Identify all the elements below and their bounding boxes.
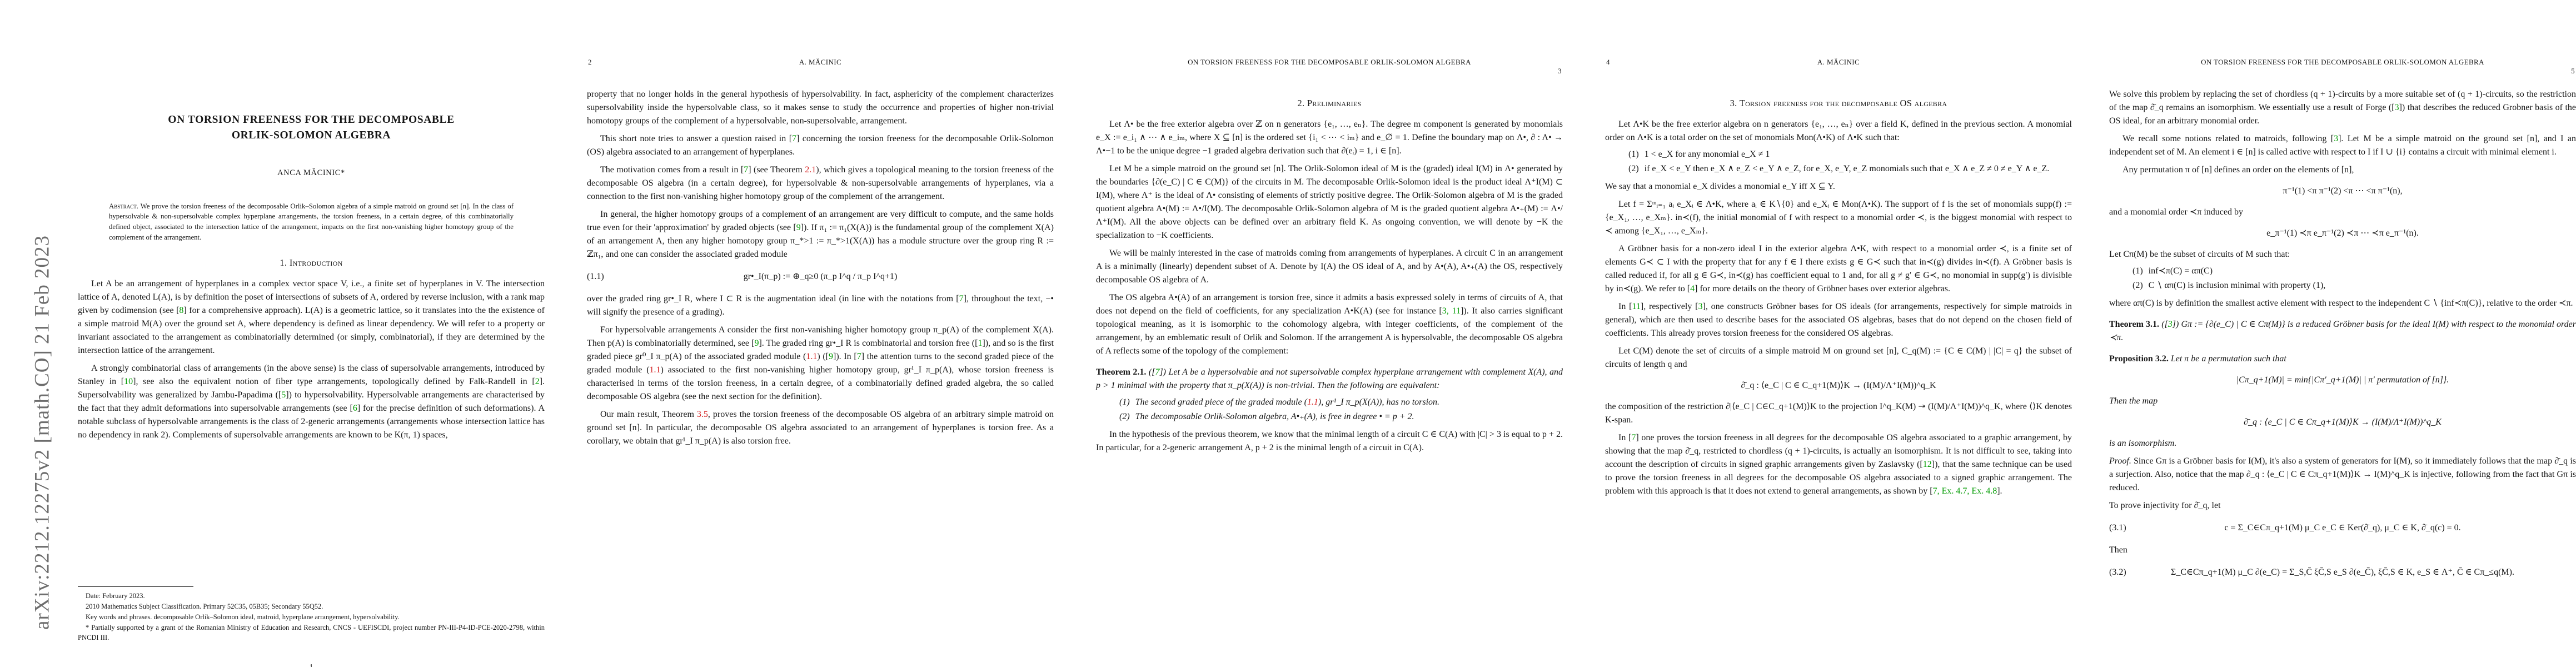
list-item-text: 1 < e_X for any monomial e_X ≠ 1 (1645, 148, 2072, 161)
paragraph: A Gröbner basis for a non-zero ideal I i… (1605, 242, 2072, 296)
paragraph: Let Cπ(M) be the subset of circuits of M… (2109, 248, 2576, 261)
equation-label: (3.1) (2109, 521, 2126, 535)
list: (1)inf≺π(C) = απ(C)(2)C ∖ απ(C) is inclu… (2109, 265, 2576, 292)
equation-label: (3.2) (2109, 566, 2126, 579)
running-head: 4 A. MĂCINIC (1605, 58, 2072, 69)
list-item-text: The decomposable Orlik-Solomon algebra, … (1135, 410, 1563, 424)
abstract-text: We prove the torsion freeness of the dec… (109, 202, 514, 242)
section-heading: 1. Introduction (78, 257, 545, 268)
equation-body: Σ_C∈Cπ_q+1(M) μ_C ∂(e_C) = Σ_S,C̄ ξC̄,S … (2109, 566, 2576, 579)
running-head (78, 58, 545, 69)
list-item: (2)The decomposable Orlik-Solomon algebr… (1096, 410, 1563, 424)
numbered-equation: (1.1)gr•_I(π_p) := ⊕_q≥0 (π_p I^q / π_p … (587, 270, 1054, 283)
arxiv-stamp: arXiv:2212.12275v2 [math.CO] 21 Feb 2023 (31, 235, 54, 630)
paragraph: In [11], respectively [3], one construct… (1605, 300, 2072, 340)
theorem: Theorem 3.1. ([3]) Gπ := {∂(e_C) | C ∈ C… (2109, 318, 2576, 345)
paragraph: and a monomial order ≺π induced by (2109, 206, 2576, 219)
paragraph: the composition of the restriction ∂|⟨e_… (1605, 400, 2072, 427)
page-5-body: We solve this problem by replacing the s… (2109, 83, 2576, 588)
page-number-right: 5 (2571, 67, 2575, 76)
footnote-line: * Partially supported by a grant of the … (78, 623, 545, 643)
proof-label: Proof. (2109, 456, 2131, 466)
theorem-body: ([3]) Gπ := {∂(e_C) | C ∈ Cπ(M)} is a re… (2109, 320, 2576, 342)
numbered-equation: (3.1)c = Σ_C∈Cπ_q+1(M) μ_C e_C ∈ Ker(∂̄_… (2109, 521, 2576, 535)
footnotes: Date: February 2023.2010 Mathematics Sub… (78, 586, 545, 643)
paragraph: Our main result, Theorem 3.5, proves the… (587, 408, 1054, 448)
page-3: ON TORSION FREENESS FOR THE DECOMPOSABLE… (1096, 0, 1563, 667)
paragraph: This short note tries to answer a questi… (587, 132, 1054, 159)
list-item-text: The second graded piece of the graded mo… (1135, 396, 1563, 409)
paragraph: Then (2109, 544, 2576, 557)
list: (1)1 < e_X for any monomial e_X ≠ 1(2)if… (1605, 148, 2072, 176)
footnote-line: Key words and phrases. decomposable Orli… (78, 612, 545, 622)
paragraph: The motivation comes from a result in [7… (587, 163, 1054, 203)
display-equation: |Cπ_q+1(M)| = min{|Cπ′_q+1(M)| | π′ perm… (2109, 374, 2576, 387)
paragraph: Let Λ• be the free exterior algebra over… (1096, 118, 1563, 158)
paragraph: In general, the higher homotopy groups o… (587, 208, 1054, 261)
paragraph: is an isomorphism. (2109, 437, 2576, 450)
list: (1)The second graded piece of the graded… (1096, 396, 1563, 424)
display-equation: e_π⁻¹(1) ≺π e_π⁻¹(2) ≺π ⋯ ≺π e_π⁻¹(n). (2109, 227, 2576, 240)
page-2-body: property that no longer holds in the gen… (587, 83, 1054, 448)
list-item-text: C ∖ απ(C) is inclusion minimal with prop… (2149, 279, 2576, 292)
list-item-text: inf≺π(C) = απ(C) (2149, 265, 2576, 278)
theorem-body: Let π be a permutation such that (2171, 354, 2286, 364)
paragraph: over the graded ring gr•_I R, where I ⊂ … (587, 292, 1054, 319)
paragraph: Let M be a simple matroid on the ground … (1096, 162, 1563, 242)
section-heading: 3. Torsion freeness for the decomposable… (1605, 98, 2072, 109)
proof: Proof. Since Gπ is a Gröbner basis for I… (2109, 455, 2576, 495)
paragraph: A strongly combinatorial class of arrang… (78, 362, 545, 442)
display-equation: ∂̄_q : ⟨e_C | C ∈ Cπ_q+1(M)⟩K → (I(M)/Λ⁺… (2109, 416, 2576, 429)
running-head: ON TORSION FREENESS FOR THE DECOMPOSABLE… (1096, 58, 1563, 69)
footnote-line: Date: February 2023. (78, 591, 545, 601)
list-item-text: if e_X < e_Y then e_X ∧ e_Z < e_Y ∧ e_Z,… (1645, 162, 2072, 176)
section-heading: 2. Preliminaries (1096, 98, 1563, 109)
running-head: 2 A. MĂCINIC (587, 58, 1054, 69)
theorem-body: ([7]) Let A be a hypersolvable and not s… (1096, 367, 1563, 390)
paragraph: We say that a monomial e_X divides a mon… (1605, 180, 2072, 193)
page-1-body: ON TORSION FREENESS FOR THE DECOMPOSABLE… (78, 83, 545, 442)
paragraph: For hypersolvable arrangements A conside… (587, 323, 1054, 404)
page-5: ON TORSION FREENESS FOR THE DECOMPOSABLE… (2109, 0, 2576, 667)
paragraph: Then the map (2109, 395, 2576, 408)
proof-text: Since Gπ is a Gröbner basis for I(M), it… (2109, 456, 2576, 492)
paragraph: Any permutation π of [n] defines an orde… (2109, 163, 2576, 177)
running-head-title: A. MĂCINIC (1605, 58, 2072, 67)
theorem: Proposition 3.2. Let π be a permutation … (2109, 352, 2576, 366)
list-item-number: (2) (2132, 279, 2149, 292)
page-number: 1 (78, 663, 545, 667)
paragraph: We solve this problem by replacing the s… (2109, 88, 2576, 128)
theorem-label: Proposition 3.2. (2109, 354, 2169, 364)
equation-body: gr•_I(π_p) := ⊕_q≥0 (π_p I^q / π_p I^q+1… (587, 270, 1054, 283)
running-head-title: A. MĂCINIC (587, 58, 1054, 67)
running-head-title: ON TORSION FREENESS FOR THE DECOMPOSABLE… (1096, 58, 1563, 67)
paragraph: Let f = Σᵐᵢ₌₁ aᵢ e_Xᵢ ∈ Λ•K, where aᵢ ∈ … (1605, 198, 2072, 238)
abstract-label: Abstract. (109, 202, 138, 210)
list-item-number: (2) (1628, 162, 1645, 176)
paragraph: We recall some notions related to matroi… (2109, 132, 2576, 159)
author-line: ANCA MĂCINIC* (78, 168, 545, 178)
list-item: (1)1 < e_X for any monomial e_X ≠ 1 (1605, 148, 2072, 161)
paragraph: We will be mainly interested in the case… (1096, 247, 1563, 287)
page-1: ON TORSION FREENESS FOR THE DECOMPOSABLE… (78, 0, 545, 667)
paragraph: The OS algebra A•(A) of an arrangement i… (1096, 291, 1563, 358)
page-number-left: 4 (1606, 58, 1610, 67)
abstract: Abstract. We prove the torsion freeness … (109, 201, 514, 243)
list-item: (1)inf≺π(C) = απ(C) (2109, 265, 2576, 278)
numbered-equation: (3.2)Σ_C∈Cπ_q+1(M) μ_C ∂(e_C) = Σ_S,C̄ ξ… (2109, 566, 2576, 579)
page-number-left: 2 (588, 58, 592, 67)
footnote-rule (78, 586, 193, 587)
paragraph: Let Λ•K be the free exterior algebra on … (1605, 118, 2072, 145)
display-equation: π⁻¹(1) <π π⁻¹(2) <π ⋯ <π π⁻¹(n), (2109, 185, 2576, 198)
page-3-body: 2. PreliminariesLet Λ• be the free exter… (1096, 83, 1563, 455)
paragraph: To prove injectivity for ∂̄_q, let (2109, 499, 2576, 512)
running-head: ON TORSION FREENESS FOR THE DECOMPOSABLE… (2109, 58, 2576, 69)
page-4-body: 3. Torsion freeness for the decomposable… (1605, 83, 2072, 498)
list-item: (1)The second graded piece of the graded… (1096, 396, 1563, 409)
paragraph: In [7] one proves the torsion freeness i… (1605, 431, 2072, 498)
equation-body: c = Σ_C∈Cπ_q+1(M) μ_C e_C ∈ Ker(∂̄_q), μ… (2109, 521, 2576, 535)
list-item-number: (1) (1628, 148, 1645, 161)
list-item-number: (1) (1119, 396, 1135, 409)
paper-canvas: arXiv:2212.12275v2 [math.CO] 21 Feb 2023… (0, 0, 2576, 667)
theorem-label: Theorem 2.1. (1096, 367, 1146, 377)
page-2: 2 A. MĂCINIC property that no longer hol… (587, 0, 1054, 667)
list-item: (2)C ∖ απ(C) is inclusion minimal with p… (2109, 279, 2576, 292)
running-head-title: ON TORSION FREENESS FOR THE DECOMPOSABLE… (2109, 58, 2576, 67)
list-item: (2)if e_X < e_Y then e_X ∧ e_Z < e_Y ∧ e… (1605, 162, 2072, 176)
paragraph: Let C(M) denote the set of circuits of a… (1605, 345, 2072, 371)
footnote-line: 2010 Mathematics Subject Classification.… (78, 601, 545, 611)
paragraph: where απ(C) is by definition the smalles… (2109, 297, 2576, 310)
paragraph: property that no longer holds in the gen… (587, 88, 1054, 128)
list-item-number: (2) (1119, 410, 1135, 424)
page-4: 4 A. MĂCINIC 3. Torsion freeness for the… (1605, 0, 2072, 667)
list-item-number: (1) (2132, 265, 2149, 278)
theorem-label: Theorem 3.1. (2109, 320, 2159, 329)
theorem: Theorem 2.1. ([7]) Let A be a hypersolva… (1096, 366, 1563, 392)
paragraph: In the hypothesis of the previous theore… (1096, 428, 1563, 455)
paragraph: Let A be an arrangement of hyperplanes i… (78, 277, 545, 357)
paper-title: ON TORSION FREENESS FOR THE DECOMPOSABLE… (78, 112, 545, 144)
display-equation: ∂̄_q : ⟨e_C | C ∈ C_q+1(M)⟩K → (I(M)/Λ⁺I… (1605, 379, 2072, 392)
equation-label: (1.1) (587, 270, 604, 283)
page-number-right: 3 (1558, 67, 1562, 76)
